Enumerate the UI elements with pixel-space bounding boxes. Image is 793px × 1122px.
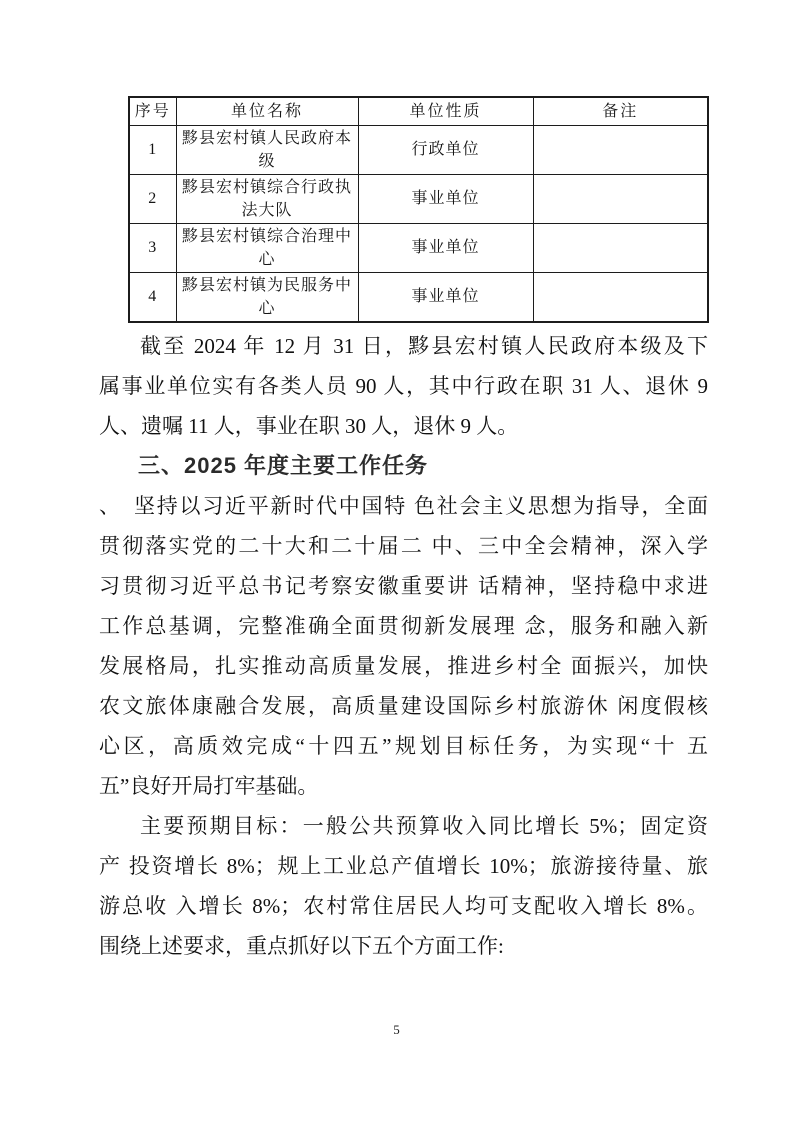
cell-serial-no: 2 (129, 174, 176, 223)
paragraph-line: 农文旅体康融合发展，高质量建设国际乡村旅游休 闲度假核 (99, 686, 708, 726)
table-row: 1 黟县宏村镇人民政府本级 行政单位 (129, 125, 708, 174)
cell-unit-type: 事业单位 (358, 272, 533, 322)
units-table: 序号 单位名称 单位性质 备注 1 黟县宏村镇人民政府本级 行政单位 2 黟县宏… (128, 96, 709, 323)
cell-unit-name: 黟县宏村镇综合行政执法大队 (176, 174, 358, 223)
cell-remark (533, 223, 708, 272)
section-heading: 三、2025 年度主要工作任务 (99, 446, 708, 486)
table-row: 2 黟县宏村镇综合行政执法大队 事业单位 (129, 174, 708, 223)
paragraph-line: 心区，高质效完成“十四五”规划目标任务，为实现“十 五 (99, 726, 708, 766)
paragraph-line: 围绕上述要求，重点抓好以下五个方面工作: (99, 926, 708, 966)
page-number: 5 (0, 1022, 793, 1038)
cell-serial-no: 3 (129, 223, 176, 272)
paragraph-line: 习贯彻习近平总书记考察安徽重要讲 话精神，坚持稳中求进 (99, 566, 708, 606)
paragraph-line: 人、遗嘱 11 人，事业在职 30 人，退休 9 人。 (99, 406, 708, 446)
table-row: 3 黟县宏村镇综合治理中心 事业单位 (129, 223, 708, 272)
cell-unit-name: 黟县宏村镇综合治理中心 (176, 223, 358, 272)
paragraph-line: 属事业单位实有各类人员 90 人，其中行政在职 31 人、退休 9 (99, 366, 708, 406)
paragraph-line: 产 投资增长 8%；规上工业总产值增长 10%；旅游接待量、旅 (99, 846, 708, 886)
paragraph-line: 五”良好开局打牢基础。 (99, 766, 708, 806)
cell-unit-type: 事业单位 (358, 174, 533, 223)
cell-serial-no: 4 (129, 272, 176, 322)
cell-remark (533, 125, 708, 174)
header-remark: 备注 (533, 97, 708, 125)
header-unit-name: 单位名称 (176, 97, 358, 125)
header-unit-type: 单位性质 (358, 97, 533, 125)
cell-unit-name: 黟县宏村镇人民政府本级 (176, 125, 358, 174)
cell-unit-type: 事业单位 (358, 223, 533, 272)
paragraph-line: 、 坚持以习近平新时代中国特 色社会主义思想为指导，全面 (99, 486, 708, 526)
document-page: 序号 单位名称 单位性质 备注 1 黟县宏村镇人民政府本级 行政单位 2 黟县宏… (0, 0, 793, 1122)
cell-remark (533, 174, 708, 223)
paragraph-line: 发展格局，扎实推动高质量发展，推进乡村全 面振兴，加快 (99, 646, 708, 686)
cell-serial-no: 1 (129, 125, 176, 174)
paragraph-line: 主要预期目标：一般公共预算收入同比增长 5%；固定资 (99, 806, 708, 846)
paragraph-line: 游总收 入增长 8%；农村常住居民人均可支配收入增长 8%。 (99, 886, 708, 926)
units-table-container: 序号 单位名称 单位性质 备注 1 黟县宏村镇人民政府本级 行政单位 2 黟县宏… (128, 96, 709, 323)
paragraph-line: 工作总基调，完整准确全面贯彻新发展理 念，服务和融入新 (99, 606, 708, 646)
cell-unit-name: 黟县宏村镇为民服务中心 (176, 272, 358, 322)
cell-unit-type: 行政单位 (358, 125, 533, 174)
table-row: 4 黟县宏村镇为民服务中心 事业单位 (129, 272, 708, 322)
paragraph-line: 截至 2024 年 12 月 31 日，黟县宏村镇人民政府本级及下 (99, 326, 708, 366)
table-header-row: 序号 单位名称 单位性质 备注 (129, 97, 708, 125)
cell-remark (533, 272, 708, 322)
document-body: 截至 2024 年 12 月 31 日，黟县宏村镇人民政府本级及下 属事业单位实… (99, 326, 708, 966)
paragraph-line: 贯彻落实党的二十大和二十届二 中、三中全会精神，深入学 (99, 526, 708, 566)
header-serial-no: 序号 (129, 97, 176, 125)
